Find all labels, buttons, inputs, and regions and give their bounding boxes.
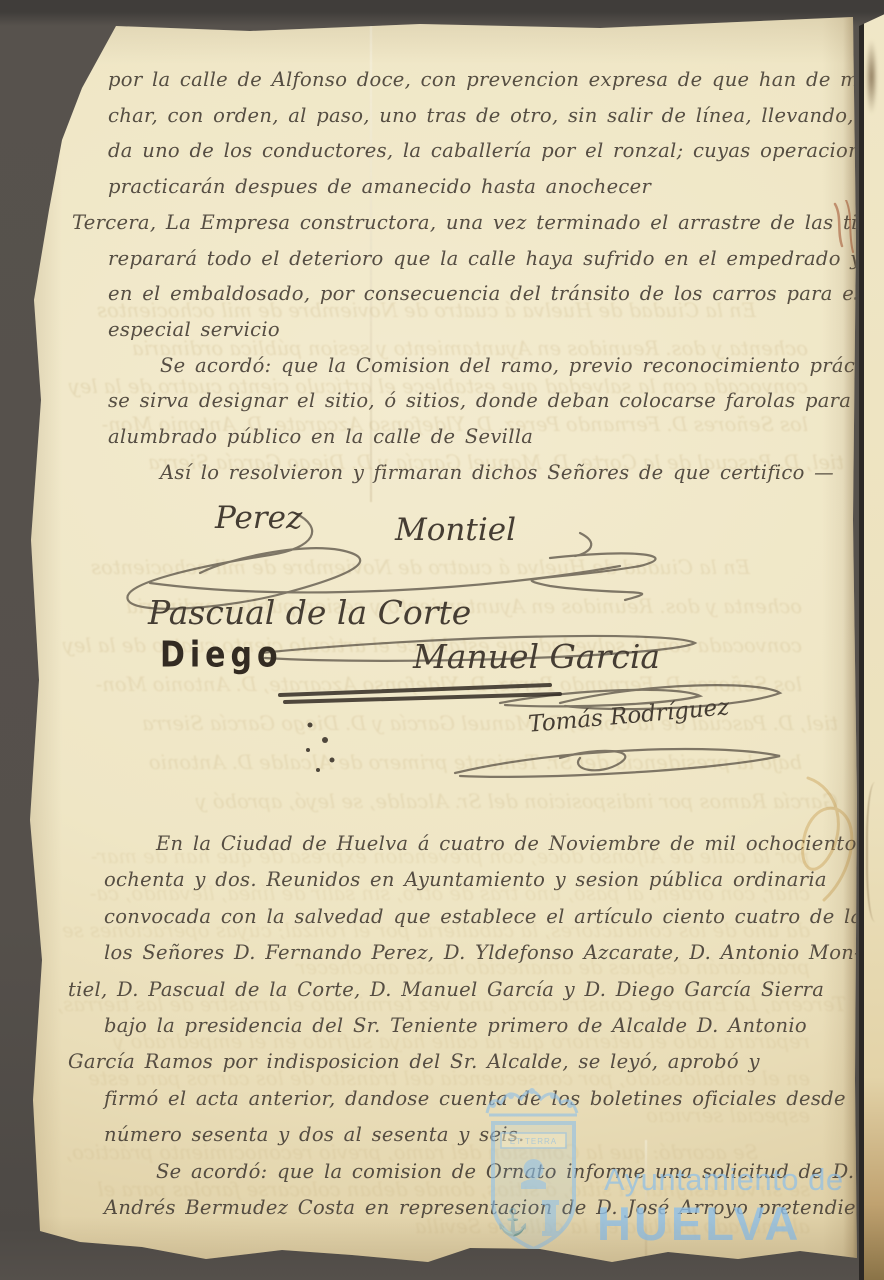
manuscript-line: especial servicio — [68, 312, 860, 348]
manuscript-line: reparará todo el deterioro que la calle … — [68, 241, 860, 277]
manuscript-line: por la calle de Alfonso doce, con preven… — [68, 62, 860, 98]
manuscript-line: número sesenta y dos al sesenta y seis. — [64, 1117, 862, 1153]
manuscript-line: tiel, D. Pascual de la Corte, D. Manuel … — [64, 972, 862, 1008]
manuscript-line: alumbrado público en la calle de Sevilla — [68, 419, 860, 455]
red-ink-stain — [831, 200, 857, 264]
manuscript-line: bajo la presidencia del Sr. Teniente pri… — [64, 1008, 862, 1044]
signature-manuel-garcia: Manuel Garcia — [413, 637, 660, 676]
scanned-document: En la Ciudad de Huelva á cuatro de Novie… — [0, 0, 884, 1280]
manuscript-line: practicarán despues de amanecido hasta a… — [68, 169, 860, 205]
manuscript-line: Así lo resolvieron y firmaran dichos Señ… — [68, 455, 860, 491]
manuscript-line: convocada con la salvedad que establece … — [64, 899, 862, 935]
manuscript-line: los Señores D. Fernando Perez, D. Yldefo… — [64, 935, 862, 971]
minutes-paragraphs: por la calle de Alfonso doce, con preven… — [68, 62, 860, 490]
manuscript-line: ochenta y dos. Reunidos en Ayuntamiento … — [64, 862, 862, 898]
manuscript-line: En la Ciudad de Huelva á cuatro de Novie… — [64, 826, 862, 862]
signature-pascual-de-la-corte: Pascual de la Corte — [148, 593, 471, 632]
signature-perez: Perez — [215, 500, 302, 536]
diego-rubric-strokes — [280, 685, 560, 772]
minutes-paragraphs: En la Ciudad de Huelva á cuatro de Novie… — [64, 826, 862, 1226]
signature-diego: Diego — [160, 635, 283, 676]
manuscript-line: Andrés Bermudez Costa en representacion … — [64, 1190, 862, 1226]
manuscript-line: char, con orden, al paso, uno tras de ot… — [68, 98, 860, 134]
manuscript-line: da uno de los conductores, la caballería… — [68, 133, 860, 169]
next-page-edge — [859, 12, 884, 1280]
manuscript-line: se sirva designar el sitio, ó sitios, do… — [68, 383, 860, 419]
manuscript-line: Tercera, La Empresa constructora, una ve… — [68, 205, 860, 241]
manuscript-line: García Ramos por indisposicion del Sr. A… — [64, 1044, 862, 1080]
manuscript-line: en el embaldosado, por consecuencia del … — [68, 276, 860, 312]
manuscript-line: Así lo resolvieron y firmaran dichos Señ… — [50, 1245, 850, 1252]
signature-montiel: Montiel — [395, 512, 516, 548]
faint-ink-mark — [866, 782, 884, 922]
manuscript-page: En la Ciudad de Huelva á cuatro de Novie… — [0, 0, 884, 1280]
manuscript-line: Se acordó: que la Comision del ramo, pre… — [68, 348, 860, 384]
manuscript-line: Se acordó: que la comision de Ornato inf… — [64, 1154, 862, 1190]
ochre-stain — [788, 768, 862, 910]
ink-smudge — [865, 32, 878, 144]
manuscript-line: firmó el acta anterior, dandose cuenta d… — [64, 1081, 862, 1117]
